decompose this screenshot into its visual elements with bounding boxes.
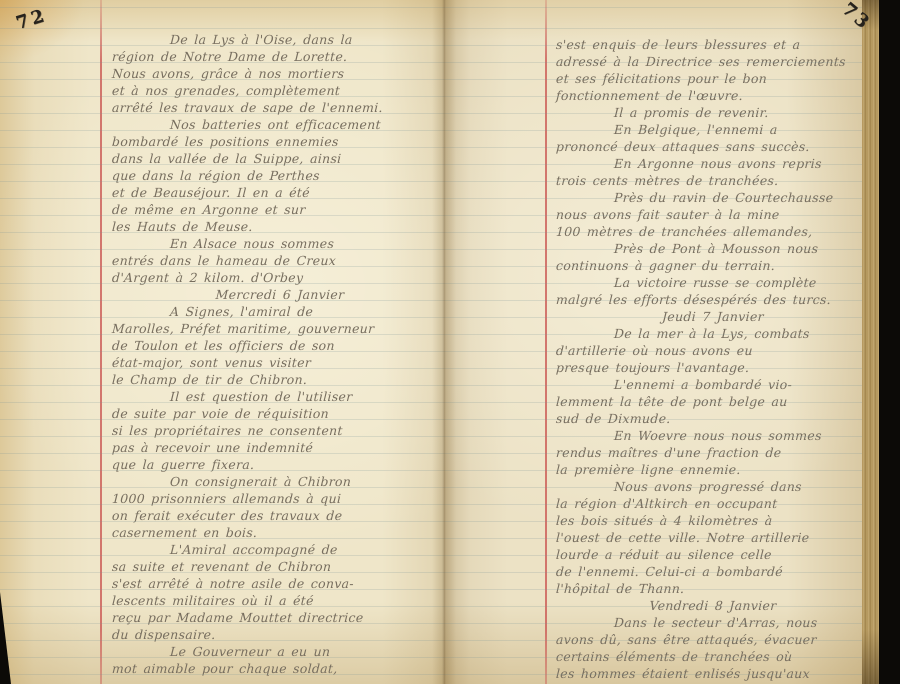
manuscript-line: reçu par Madame Mouttet directrice	[112, 609, 439, 626]
manuscript-line: la première ligne ennemie.	[556, 461, 861, 478]
manuscript-line: Nous avons, grâce à nos mortiers	[112, 65, 439, 82]
manuscript-line: En Alsace nous sommes	[112, 235, 439, 252]
manuscript-line: L'ennemi a bombardé vio-	[556, 376, 861, 393]
manuscript-line: presque toujours l'avantage.	[556, 359, 861, 376]
manuscript-line: En Belgique, l'ennemi a	[556, 121, 861, 138]
photo-background-right	[879, 0, 900, 684]
manuscript-line: certains éléments de tranchées où	[556, 648, 861, 665]
manuscript-line: on ferait exécuter des travaux de	[112, 507, 439, 524]
manuscript-line: La victoire russe se complète	[556, 274, 861, 291]
manuscript-photo: De la Lys à l'Oise, dans larégion de Not…	[0, 0, 900, 684]
manuscript-line: le Champ de tir de Chibron.	[112, 371, 439, 388]
manuscript-line: malgré les efforts désespérés des turcs.	[556, 291, 861, 308]
book-gutter-crease	[432, 0, 456, 684]
manuscript-line: sa suite et revenant de Chibron	[112, 558, 439, 575]
manuscript-line: Près de Pont à Mousson nous	[556, 240, 861, 257]
manuscript-line: lourde a réduit au silence celle	[556, 546, 861, 563]
manuscript-line: d'Argent à 2 kilom. d'Orbey	[112, 269, 439, 286]
manuscript-line: Il est question de l'utiliser	[112, 388, 439, 405]
manuscript-line: prononcé deux attaques sans succès.	[556, 138, 861, 155]
manuscript-line: De la Lys à l'Oise, dans la	[112, 31, 439, 48]
manuscript-line: et à nos grenades, complètement	[112, 82, 439, 99]
manuscript-line: s'est arrêté à notre asile de conva-	[112, 575, 439, 592]
manuscript-line: les bois situés à 4 kilomètres à	[556, 512, 861, 529]
manuscript-line: 1000 prisonniers allemands à qui	[112, 490, 439, 507]
manuscript-line: En Argonne nous avons repris	[556, 155, 861, 172]
manuscript-line: du dispensaire.	[112, 626, 439, 643]
manuscript-line: que dans la région de Perthes	[112, 167, 439, 184]
manuscript-line: dans la vallée de la Suippe, ainsi	[112, 150, 439, 167]
manuscript-line: 100 mètres de tranchées allemandes,	[556, 223, 861, 240]
manuscript-line: s'est enquis de leurs blessures et a	[556, 36, 861, 53]
right-page-red-margin-line	[545, 0, 547, 684]
manuscript-line: On consignerait à Chibron	[112, 473, 439, 490]
manuscript-line: et de Beauséjour. Il en a été	[112, 184, 439, 201]
right-page-handwritten-text: s'est enquis de leurs blessures et aadre…	[556, 36, 860, 682]
manuscript-line: A Signes, l'amiral de	[112, 303, 439, 320]
manuscript-line: fonctionnement de l'œuvre.	[556, 87, 861, 104]
manuscript-line: région de Notre Dame de Lorette.	[112, 48, 439, 65]
manuscript-line: Mercredi 6 Janvier	[112, 286, 439, 303]
manuscript-line: Nous avons progressé dans	[556, 478, 861, 495]
left-page: De la Lys à l'Oise, dans larégion de Not…	[0, 0, 444, 684]
manuscript-line: L'Amiral accompagné de	[112, 541, 439, 558]
stacked-page-edges	[862, 0, 879, 684]
manuscript-line: rendus maîtres d'une fraction de	[556, 444, 861, 461]
manuscript-line: l'hôpital de Thann.	[556, 580, 861, 597]
manuscript-line: de Toulon et les officiers de son	[112, 337, 439, 354]
right-page: s'est enquis de leurs blessures et aadre…	[444, 0, 862, 684]
manuscript-line: Il a promis de revenir.	[556, 104, 861, 121]
manuscript-line: En Woevre nous nous sommes	[556, 427, 861, 444]
manuscript-line: de l'ennemi. Celui-ci a bombardé	[556, 563, 861, 580]
manuscript-line: Le Gouverneur a eu un	[112, 643, 439, 660]
manuscript-line: avons dû, sans être attaqués, évacuer	[556, 631, 861, 648]
manuscript-line: continuons à gagner du terrain.	[556, 257, 861, 274]
manuscript-line: Dans le secteur d'Arras, nous	[556, 614, 861, 631]
manuscript-line: Près du ravin de Courtechausse	[556, 189, 861, 206]
manuscript-line: Jeudi 7 Janvier	[556, 308, 861, 325]
manuscript-line: la région d'Altkirch en occupant	[556, 495, 861, 512]
manuscript-line: de suite par voie de réquisition	[112, 405, 439, 422]
left-page-red-margin-line	[100, 0, 102, 684]
manuscript-line: les hommes étaient enlisés jusqu'aux	[556, 665, 861, 682]
manuscript-line: que la guerre fixera.	[112, 456, 439, 473]
manuscript-line: et ses félicitations pour le bon	[556, 70, 861, 87]
manuscript-line: pas à recevoir une indemnité	[112, 439, 439, 456]
manuscript-line: Vendredi 8 Janvier	[556, 597, 861, 614]
left-page-handwritten-text: De la Lys à l'Oise, dans larégion de Not…	[112, 31, 438, 677]
manuscript-line: De la mer à la Lys, combats	[556, 325, 861, 342]
manuscript-line: Nos batteries ont efficacement	[112, 116, 439, 133]
manuscript-line: adressé à la Directrice ses remerciement…	[556, 53, 861, 70]
manuscript-line: bombardé les positions ennemies	[112, 133, 439, 150]
manuscript-line: nous avons fait sauter à la mine	[556, 206, 861, 223]
manuscript-line: arrêté les travaux de sape de l'ennemi.	[112, 99, 439, 116]
manuscript-line: de même en Argonne et sur	[112, 201, 439, 218]
manuscript-line: état-major, sont venus visiter	[112, 354, 439, 371]
manuscript-line: d'artillerie où nous avons eu	[556, 342, 861, 359]
manuscript-line: si les propriétaires ne consentent	[112, 422, 439, 439]
manuscript-line: lemment la tête de pont belge au	[556, 393, 861, 410]
manuscript-line: Marolles, Préfet maritime, gouverneur	[112, 320, 439, 337]
manuscript-line: casernement en bois.	[112, 524, 439, 541]
manuscript-line: l'ouest de cette ville. Notre artillerie	[556, 529, 861, 546]
manuscript-line: sud de Dixmude.	[556, 410, 861, 427]
manuscript-line: entrés dans le hameau de Creux	[112, 252, 439, 269]
manuscript-line: lescents militaires où il a été	[112, 592, 439, 609]
manuscript-line: mot aimable pour chaque soldat,	[112, 660, 439, 677]
manuscript-line: trois cents mètres de tranchées.	[556, 172, 861, 189]
manuscript-line: les Hauts de Meuse.	[112, 218, 439, 235]
